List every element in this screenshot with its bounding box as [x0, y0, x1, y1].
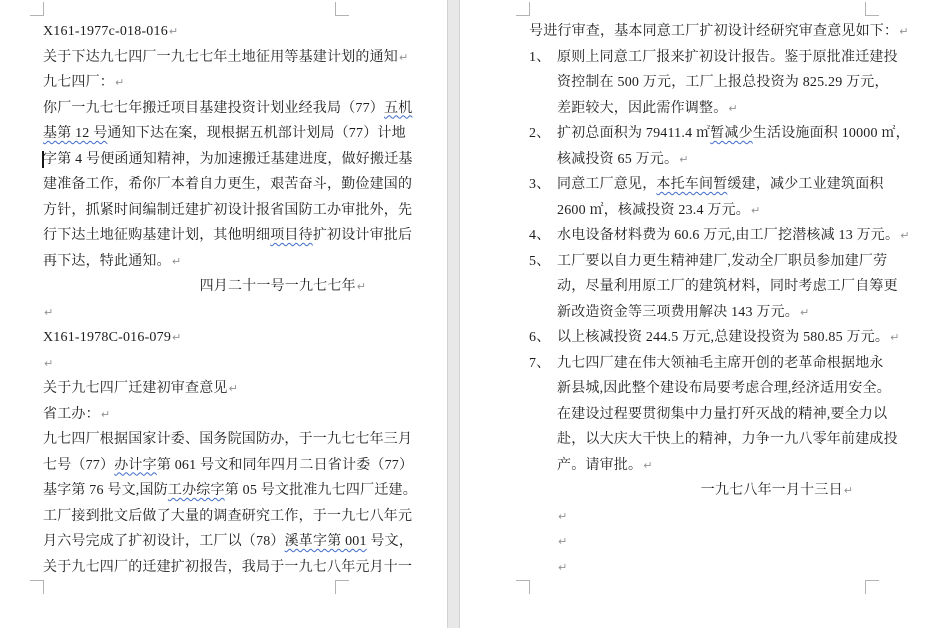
paragraph-mark-icon: ↵ — [44, 357, 53, 370]
text-line[interactable]: 基第 12 号通知下达在案，现根据五机部计划局（77）计地 — [43, 121, 378, 147]
paragraph-mark-icon: ↵ — [890, 331, 899, 344]
text-line[interactable]: 再下达，特此通知。↵ — [43, 249, 378, 275]
grammar-squiggle: 项目待 — [270, 228, 313, 243]
text-boundary-mark-top-right — [335, 2, 349, 16]
paragraph-mark-icon: ↵ — [169, 25, 178, 38]
text-line[interactable]: 基字第 76 号文,国防工办综字第 05 号文批准九七四厂迁建。 — [43, 478, 378, 504]
paragraph-mark-icon: ↵ — [728, 102, 737, 115]
text-line[interactable]: 七号（77）办计字第 061 号文和同年四月二日省计委（77） — [43, 453, 378, 479]
text-line[interactable]: 你厂一九七七年搬迁项目基建投资计划业经我局（77）五机 — [43, 96, 378, 122]
text-boundary-mark-bottom-right — [865, 580, 879, 594]
text-line[interactable]: ↵ — [43, 351, 378, 377]
grammar-squiggle: 办计字 — [114, 458, 157, 473]
text-line[interactable]: 4、水电设备材料费为 60.6 万元,由工厂挖潜核减 13 万元。↵ — [529, 223, 865, 249]
text-line[interactable]: 方针，抓紧时间编制迁建扩初设计报省国防工办审批外，先 — [43, 198, 378, 224]
text-line[interactable]: X161-1977c-018-016↵ — [43, 19, 378, 45]
text-line[interactable]: 号进行审查，基本同意工厂扩初设计经研究审查意见如下：↵ — [529, 19, 865, 45]
paragraph-mark-icon: ↵ — [844, 484, 853, 497]
text-line[interactable]: 四月二十一号一九七七年↵ — [43, 274, 378, 300]
text-line[interactable]: 工厂接到批文后做了大量的调查研究工作，于一九七八年元 — [43, 504, 378, 530]
list-number: 7、 — [529, 351, 550, 377]
text-line[interactable]: ↵ — [529, 555, 865, 581]
text-boundary-mark-top-left — [30, 2, 44, 16]
text-line[interactable]: 6、以上核减投资 244.5 万元,总建设投资为 580.85 万元。↵ — [529, 325, 865, 351]
text-line[interactable]: 2、扩初总面积为 79411.4 ㎡暂减少生活设施面积 10000 ㎡， — [529, 121, 865, 147]
text-line[interactable]: ↵ — [529, 529, 865, 555]
paragraph-mark-icon: ↵ — [751, 204, 760, 217]
text-line[interactable]: 资控制在 500 万元，工厂上报总投资为 825.29 万元， — [529, 70, 865, 96]
text-line[interactable]: ↵ — [43, 300, 378, 326]
text-line[interactable]: 九七四厂：↵ — [43, 70, 378, 96]
paragraph-mark-icon: ↵ — [115, 76, 124, 89]
list-number: 4、 — [529, 223, 550, 249]
text-line[interactable]: 7、九七四厂建在伟大领袖毛主席开创的老革命根据地永 — [529, 351, 865, 377]
text-boundary-mark-bottom-right — [335, 580, 349, 594]
text-cursor — [42, 151, 44, 168]
paragraph-mark-icon: ↵ — [101, 408, 110, 421]
text-line[interactable]: 建准备工作，希你厂本着自力更生，艰苦奋斗，勤俭建国的 — [43, 172, 378, 198]
paragraph-mark-icon: ↵ — [643, 459, 652, 472]
text-boundary-mark-bottom-left — [516, 580, 530, 594]
paragraph-mark-icon: ↵ — [900, 229, 909, 242]
page-gap-divider — [447, 0, 460, 628]
text-boundary-mark-bottom-left — [30, 580, 44, 594]
paragraph-mark-icon: ↵ — [558, 561, 567, 574]
text-line[interactable]: 核减投资 65 万元。↵ — [529, 147, 865, 173]
paragraph-mark-icon: ↵ — [229, 382, 238, 395]
paragraph-mark-icon: ↵ — [399, 51, 408, 64]
page-right-text[interactable]: 号进行审查，基本同意工厂扩初设计经研究审查意见如下：↵1、原则上同意工厂报来扩初… — [529, 19, 865, 580]
list-number: 3、 — [529, 172, 550, 198]
grammar-squiggle: 本托车间暂 — [656, 177, 727, 192]
text-line[interactable]: 九七四厂根据国家计委、国务院国防办，于一九七七年三月 — [43, 427, 378, 453]
list-number: 1、 — [529, 45, 550, 71]
page-left: X161-1977c-018-016↵关于下达九七四厂一九七七年土地征用等基建计… — [0, 0, 447, 628]
grammar-squiggle: 溪革字第 001 — [285, 534, 367, 549]
text-line[interactable]: ↵ — [529, 504, 865, 530]
list-number: 2、 — [529, 121, 550, 147]
text-boundary-mark-top-right — [865, 2, 879, 16]
text-line[interactable]: 动，尽量利用原工厂的建筑材料，同时考虑工厂自筹更 — [529, 274, 865, 300]
text-line[interactable]: 2600 ㎡，核减投资 23.4 万元。↵ — [529, 198, 865, 224]
paragraph-mark-icon: ↵ — [679, 153, 688, 166]
paragraph-mark-icon: ↵ — [172, 255, 181, 268]
paragraph-mark-icon: ↵ — [899, 25, 908, 38]
text-boundary-mark-top-left — [516, 2, 530, 16]
text-line[interactable]: 差距较大，因此需作调整。↵ — [529, 96, 865, 122]
text-line[interactable]: 新县城,因此整个建设布局要考虑合理,经济适用安全。 — [529, 376, 865, 402]
paragraph-mark-icon: ↵ — [800, 306, 809, 319]
list-number: 5、 — [529, 249, 550, 275]
grammar-squiggle: 暂减少 — [710, 126, 753, 141]
grammar-squiggle: 五机 — [384, 101, 412, 116]
paragraph-mark-icon: ↵ — [44, 306, 53, 319]
text-line[interactable]: 关于下达九七四厂一九七七年土地征用等基建计划的通知↵ — [43, 45, 378, 71]
text-line[interactable]: 关于九七四厂迁建初审查意见↵ — [43, 376, 378, 402]
text-line[interactable]: 字第 4 号便函通知精神，为加速搬迁基建进度，做好搬迁基 — [43, 147, 378, 173]
document-view: X161-1977c-018-016↵关于下达九七四厂一九七七年土地征用等基建计… — [0, 0, 927, 628]
text-line[interactable]: 在建设过程要贯彻集中力量打歼灭战的精神,要全力以 — [529, 402, 865, 428]
list-number: 6、 — [529, 325, 550, 351]
text-line[interactable]: 产。请审批。↵ — [529, 453, 865, 479]
grammar-squiggle: 基第 12 号 — [43, 126, 107, 141]
text-line[interactable]: 关于九七四厂的迁建扩初报告，我局于一九七八年元月十一 — [43, 555, 378, 581]
grammar-squiggle: 工办综字 — [168, 483, 225, 498]
text-line[interactable]: 行下达土地征购基建计划，其他明细项目待扩初设计审批后 — [43, 223, 378, 249]
text-line[interactable]: 新改造资金等三项费用解决 143 万元。↵ — [529, 300, 865, 326]
text-line[interactable]: 3、同意工厂意见，本托车间暂缓建，减少工业建筑面积 — [529, 172, 865, 198]
text-line[interactable]: 月六号完成了扩初设计，工厂以（78）溪革字第 001 号文， — [43, 529, 378, 555]
text-line[interactable]: 赴，以大庆大干快上的精神，力争一九八零年前建成投 — [529, 427, 865, 453]
paragraph-mark-icon: ↵ — [172, 331, 181, 344]
page-right: 号进行审查，基本同意工厂扩初设计经研究审查意见如下：↵1、原则上同意工厂报来扩初… — [460, 0, 927, 628]
page-left-text[interactable]: X161-1977c-018-016↵关于下达九七四厂一九七七年土地征用等基建计… — [43, 19, 378, 580]
paragraph-mark-icon: ↵ — [558, 535, 567, 548]
paragraph-mark-icon: ↵ — [558, 510, 567, 523]
text-line[interactable]: X161-1978C-016-079↵ — [43, 325, 378, 351]
text-line[interactable]: 省工办：↵ — [43, 402, 378, 428]
paragraph-mark-icon: ↵ — [357, 280, 366, 293]
text-line[interactable]: 5、工厂要以自力更生精神建厂,发动全厂职员参加建厂劳 — [529, 249, 865, 275]
text-line[interactable]: 1、原则上同意工厂报来扩初设计报告。鉴于原批准迁建投 — [529, 45, 865, 71]
text-line[interactable]: 一九七八年一月十三日↵ — [529, 478, 865, 504]
